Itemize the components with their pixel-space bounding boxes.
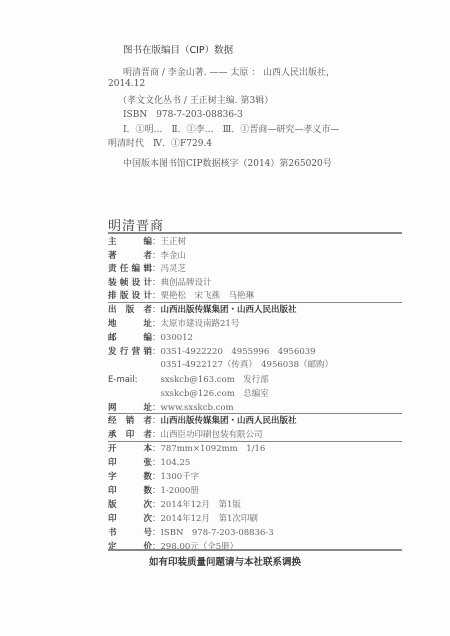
divider xyxy=(108,232,402,234)
printer-row: 承 印 者：山西臣功印刷包装有限公司 xyxy=(108,429,263,441)
cip-isbn: ISBN 978-7-203-08836-3 xyxy=(123,107,243,120)
spec-row: 印 次：2014年12月 第1次印刷 xyxy=(108,513,258,525)
spec-row: 印 张：104.25 xyxy=(108,457,190,469)
spec-row: 字 数：1300千字 xyxy=(108,471,199,483)
credit-row: 排版设计：栗艳松 宋飞燕 马艳琳 xyxy=(108,290,254,302)
cip-heading: 图书在版编目（CIP）数据 xyxy=(123,42,233,56)
marketing-row-2: 0351-4922127（传真） 4956038（邮购） xyxy=(108,359,333,371)
cip-classification-2: 明清时代 Ⅳ．①F729.4 xyxy=(108,136,212,149)
address-row: 地 址：太原市建设南路21号 xyxy=(108,318,239,330)
cip-line-3: （孝文文化丛书 / 王正树主编. 第3辑） xyxy=(118,93,273,106)
marketing-row: 发行营销：0351-4922220 4955996 4956039 xyxy=(108,346,316,358)
cip-classification-1: Ⅰ．①明… Ⅱ．①李… Ⅲ．①晋商—研究—孝义市— xyxy=(123,122,339,135)
email-row: E-mail: sxskcb@163.com 发行部 xyxy=(108,374,269,386)
spec-row: 书 号：ISBN 978-7-203-08836-3 xyxy=(108,527,274,539)
credit-row: 著 者：李金山 xyxy=(108,250,186,262)
cip-line-2: 2014.12 xyxy=(108,79,145,89)
spec-row: 版 次：2014年12月 第1版 xyxy=(108,499,241,511)
cip-record-number: 中国版本图书馆CIP数据核字（2014）第265020号 xyxy=(123,156,332,169)
divider xyxy=(108,413,402,414)
spec-row: 印 数：1-2000册 xyxy=(108,485,199,497)
credit-row: 责任编辑：冯灵芝 xyxy=(108,263,186,275)
divider xyxy=(108,441,402,442)
publisher-row: 出 版 者：山西出版传媒集团・山西人民出版社 xyxy=(108,304,297,316)
quality-notice: 如有印装质量问题请与本社联系调换 xyxy=(0,554,450,568)
spec-row: 定 价：298.00元（全5册） xyxy=(108,541,238,553)
divider xyxy=(108,302,402,303)
credit-row: 装帧设计：典创品牌设计 xyxy=(108,277,212,289)
spec-row: 开 本：787mm×1092mm 1/16 xyxy=(108,443,265,455)
postcode-row: 邮 编：030012 xyxy=(108,332,193,344)
email-row-2: sxskcb@126.com 总编室 xyxy=(108,388,269,400)
cip-line-1: 明清晋商 / 李金山著. —— 太原 ： 山西人民出版社， xyxy=(123,65,335,78)
divider xyxy=(108,549,402,551)
distributor-row: 经 销 者：山西出版传媒集团・山西人民出版社 xyxy=(108,415,297,427)
credit-row: 主 编：王正树 xyxy=(108,236,186,248)
